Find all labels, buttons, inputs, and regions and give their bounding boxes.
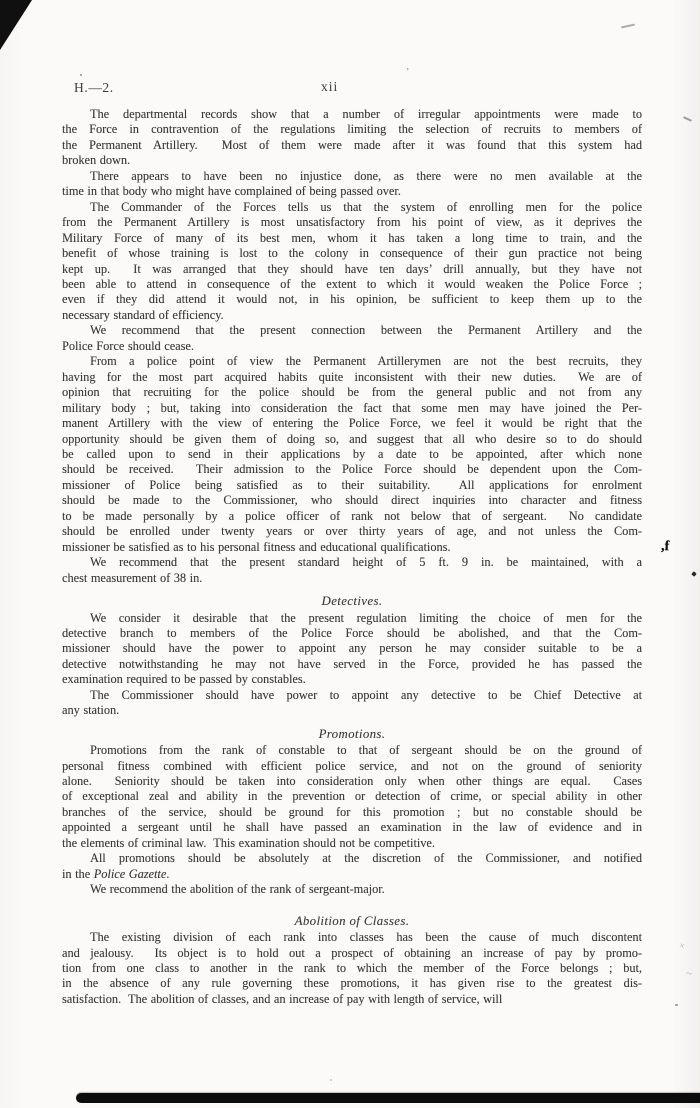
- text-line: The existing division of each rank into …: [62, 930, 642, 945]
- ink-speck: [80, 74, 82, 76]
- scan-edge-bar: [76, 1093, 700, 1103]
- text-line: We consider it desirable that the presen…: [62, 611, 642, 626]
- text-line: opinion that recruiting for the police s…: [62, 385, 642, 400]
- text-line: The Commander of the Forces tells us tha…: [62, 200, 642, 215]
- text-line: The departmental records show that a num…: [62, 107, 642, 122]
- text-line: the elements of criminal law. This exami…: [62, 836, 642, 851]
- text-line: missioner of Police being satisfied as t…: [62, 478, 642, 493]
- text-line: should be enrolled under twenty years or…: [62, 524, 642, 539]
- text-line: missioner be satisfied as to his persona…: [62, 540, 642, 555]
- text-line: We recommend that the present connection…: [62, 323, 642, 338]
- text-line: missioner should have the power to appoi…: [62, 641, 642, 656]
- report-body-text: The departmental records show that a num…: [62, 107, 642, 1007]
- text-line: military body ; but, taking into conside…: [62, 401, 642, 416]
- text-line: manent Artillery with the view of enteri…: [62, 416, 642, 431]
- text-line: satisfaction. The abolition of classes, …: [62, 992, 642, 1007]
- text-line: broken down.: [62, 153, 642, 168]
- ink-blot: ,f: [661, 539, 670, 555]
- text-line: been able to attend in consequence of th…: [62, 277, 642, 292]
- section-heading: Promotions.: [62, 727, 642, 742]
- text-line: opportunity should be given them of doin…: [62, 432, 642, 447]
- text-line: even if they did attend it would not, in…: [62, 292, 642, 307]
- text-line: benefit of whose training is lost to the…: [62, 246, 642, 261]
- text-line: chest measurement of 38 in.: [62, 571, 642, 586]
- report-reference: H.—2.: [74, 80, 114, 96]
- text-line: We recommend that the present standard h…: [62, 555, 642, 570]
- text-line: We recommend the abolition of the rank o…: [62, 882, 642, 897]
- text-line: The Commissioner should have power to ap…: [62, 688, 642, 703]
- text-line: detective notwithstanding he may not hav…: [62, 657, 642, 672]
- text-line: tion from one class to another in the ra…: [62, 961, 642, 976]
- text-line: and jealousy. Its object is to hold out …: [62, 946, 642, 961]
- text-line: personal fitness combined with efficient…: [62, 759, 642, 774]
- text-line: All promotions should be absolutely at t…: [62, 851, 642, 866]
- text-line: should be made to the Commissioner, who …: [62, 493, 642, 508]
- text-line: branches of the service, should be groun…: [62, 805, 642, 820]
- text-line: alone. Seniority should be taken into co…: [62, 774, 642, 789]
- pencil-dash: [621, 24, 635, 29]
- text-line: of exceptional zeal and ability in the p…: [62, 789, 642, 804]
- ink-speck: [691, 571, 697, 577]
- pencil-tick: [683, 116, 692, 121]
- section-heading: Abolition of Classes.: [62, 914, 642, 929]
- pencil-tilde: ~: [685, 968, 693, 981]
- ink-speck: [675, 1004, 678, 1006]
- text-line: detective branch to members of the Polic…: [62, 626, 642, 641]
- text-line: appointed a sergeant until he shall have…: [62, 820, 642, 835]
- text-line: Police Force should cease.: [62, 339, 642, 354]
- text-line: in the absence of any rule governing the…: [62, 976, 642, 991]
- text-line: to be made personally by a police office…: [62, 509, 642, 524]
- ink-tick: ’: [406, 67, 409, 78]
- text-line: having for the most part acquired habits…: [62, 370, 642, 385]
- text-line: time in that body who might have complai…: [62, 184, 642, 199]
- text-line: kept up. It was arranged that they shoul…: [62, 262, 642, 277]
- document-page: H.—2. xii The departmental records show …: [0, 0, 700, 1108]
- text-line: in the Police Gazette.: [62, 867, 642, 882]
- text-line: necessary standard of efficiency.: [62, 308, 642, 323]
- text-line: any station.: [62, 703, 642, 718]
- text-line: Promotions from the rank of constable to…: [62, 743, 642, 758]
- pencil-cross: ×: [678, 940, 686, 952]
- section-heading: Detectives.: [62, 594, 642, 609]
- text-line: should be received. Their admission to t…: [62, 462, 642, 477]
- text-line: examination required to be passed by con…: [62, 672, 642, 687]
- page-number: xii: [321, 79, 338, 95]
- text-line: the Force in contravention of the regula…: [62, 122, 642, 137]
- text-line: Military Force of many of its best men, …: [62, 231, 642, 246]
- ink-speck: [330, 1079, 332, 1081]
- text-line: There appears to have been no injustice …: [62, 169, 642, 184]
- text-line: from the Permanent Artillery is most uns…: [62, 215, 642, 230]
- scan-corner-shadow: [0, 0, 32, 50]
- text-line: be called upon to send in their applicat…: [62, 447, 642, 462]
- text-line: the Permanent Artillery. Most of them we…: [62, 138, 642, 153]
- text-line: From a police point of view the Permanen…: [62, 354, 642, 369]
